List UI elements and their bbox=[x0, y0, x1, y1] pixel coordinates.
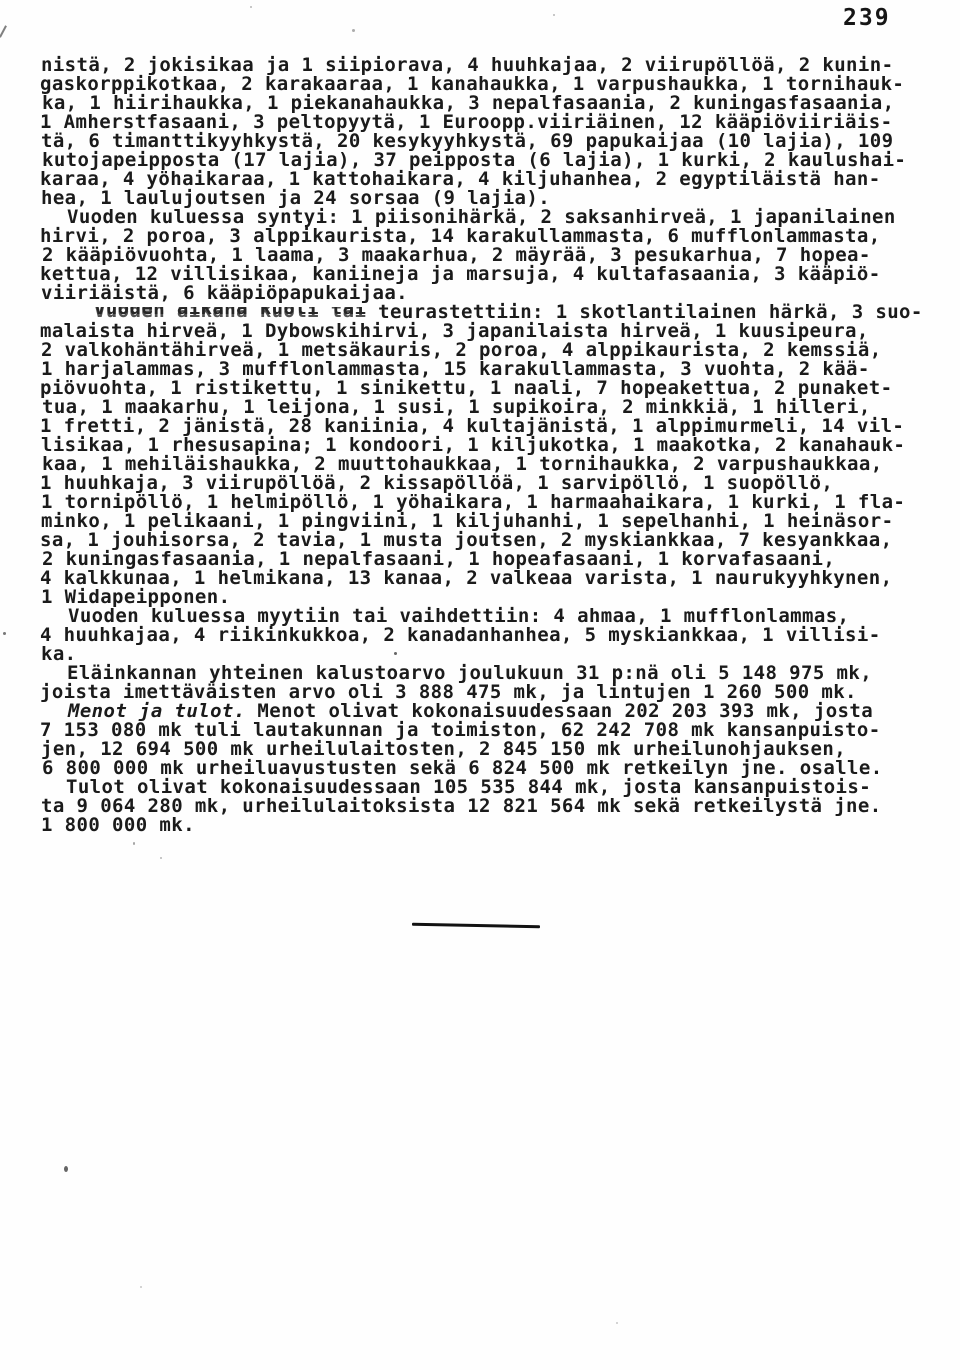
scan-speck bbox=[488, 466, 490, 469]
scan-speck bbox=[553, 14, 555, 16]
section-divider bbox=[412, 923, 540, 928]
page-number: 239 bbox=[843, 5, 891, 31]
paragraph: Vuoden kuluessa syntyi: 1 piisonihärkä, … bbox=[40, 208, 930, 303]
paragraph: Tulot olivat kokonaisuudessaan 105 535 8… bbox=[40, 778, 930, 835]
text-block: nistä, 2 jokisikaa ja 1 siipiorava, 4 hu… bbox=[40, 56, 930, 835]
scan-speck bbox=[160, 857, 162, 859]
scan-speck bbox=[616, 1322, 618, 1324]
text-line: 1 800 000 mk. bbox=[41, 816, 930, 835]
scan-speck bbox=[140, 1286, 142, 1288]
text-line: 4 huuhkajaa, 4 riikinkukkoa, 2 kanadanha… bbox=[40, 626, 930, 645]
scan-speck bbox=[64, 1166, 68, 1172]
scan-speck bbox=[133, 842, 135, 845]
scan-speck bbox=[352, 29, 355, 32]
paragraph: Vuoden kuluessa myytiin tai vaihdettiin:… bbox=[40, 607, 930, 664]
paragraph: Vuoden aikana kuoli tai teurastettiin: 1… bbox=[40, 303, 930, 607]
paragraph: nistä, 2 jokisikaa ja 1 siipiorava, 4 hu… bbox=[40, 56, 930, 208]
paragraph: Menot ja tulot. Menot olivat kokonaisuud… bbox=[40, 702, 930, 778]
document-page: 239 nistä, 2 jokisikaa ja 1 siipiorava, … bbox=[0, 0, 960, 1370]
scan-speck bbox=[394, 652, 397, 655]
paragraph: Eläinkannan yhteinen kalustoarvo jouluku… bbox=[40, 664, 930, 702]
scan-speck bbox=[0, 25, 7, 37]
scan-speck bbox=[3, 632, 6, 635]
scan-speck bbox=[250, 6, 252, 8]
